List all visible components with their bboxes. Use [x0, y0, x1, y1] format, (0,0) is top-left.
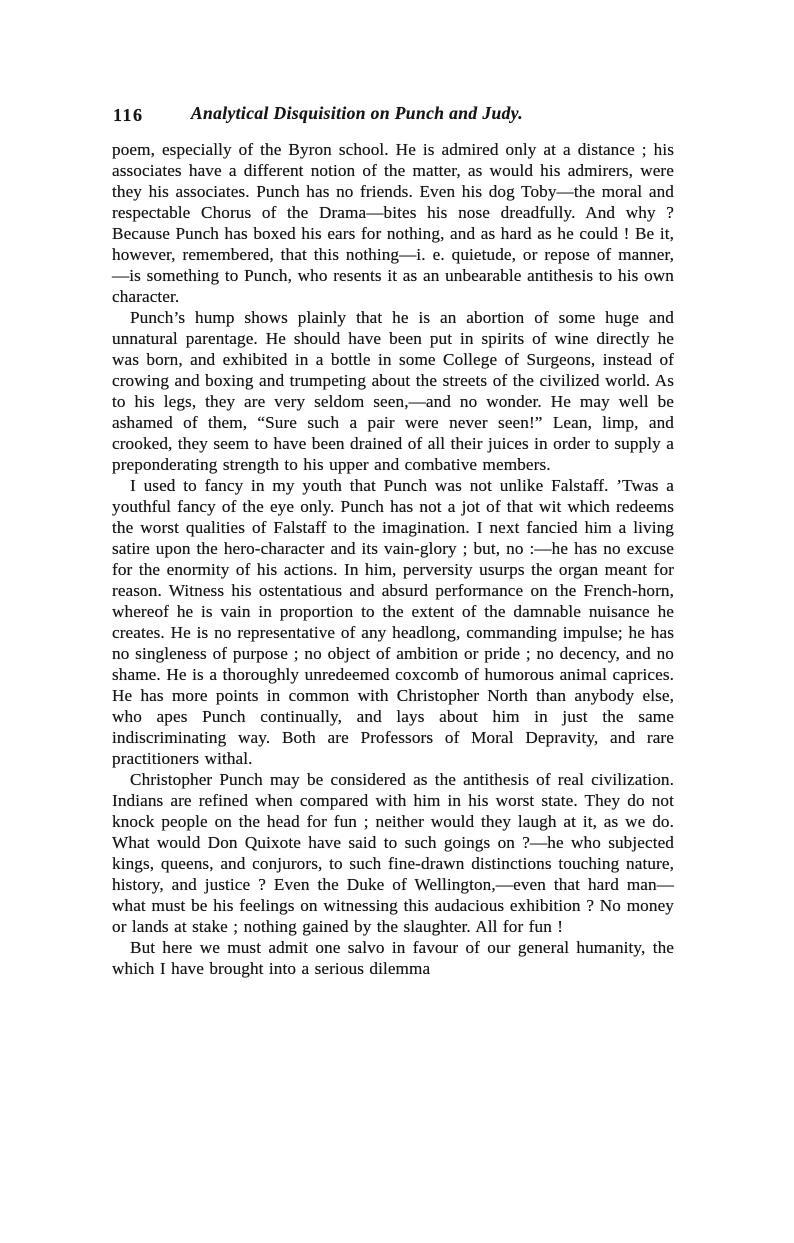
- paragraph: I used to fancy in my youth that Punch w…: [112, 475, 674, 769]
- paragraph: poem, especially of the Byron school. He…: [112, 139, 674, 307]
- running-title: Analytical Disquisition on Punch and Jud…: [112, 103, 674, 124]
- page-header: 116 Analytical Disquisition on Punch and…: [112, 103, 674, 129]
- paragraph: Punch’s hump shows plainly that he is an…: [112, 307, 674, 475]
- paragraph: Christopher Punch may be considered as t…: [112, 769, 674, 937]
- scanned-book-page: 116 Analytical Disquisition on Punch and…: [0, 0, 794, 1243]
- paragraph: But here we must admit one salvo in favo…: [112, 937, 674, 979]
- page-body: poem, especially of the Byron school. He…: [112, 139, 674, 979]
- page-number: 116: [113, 105, 144, 126]
